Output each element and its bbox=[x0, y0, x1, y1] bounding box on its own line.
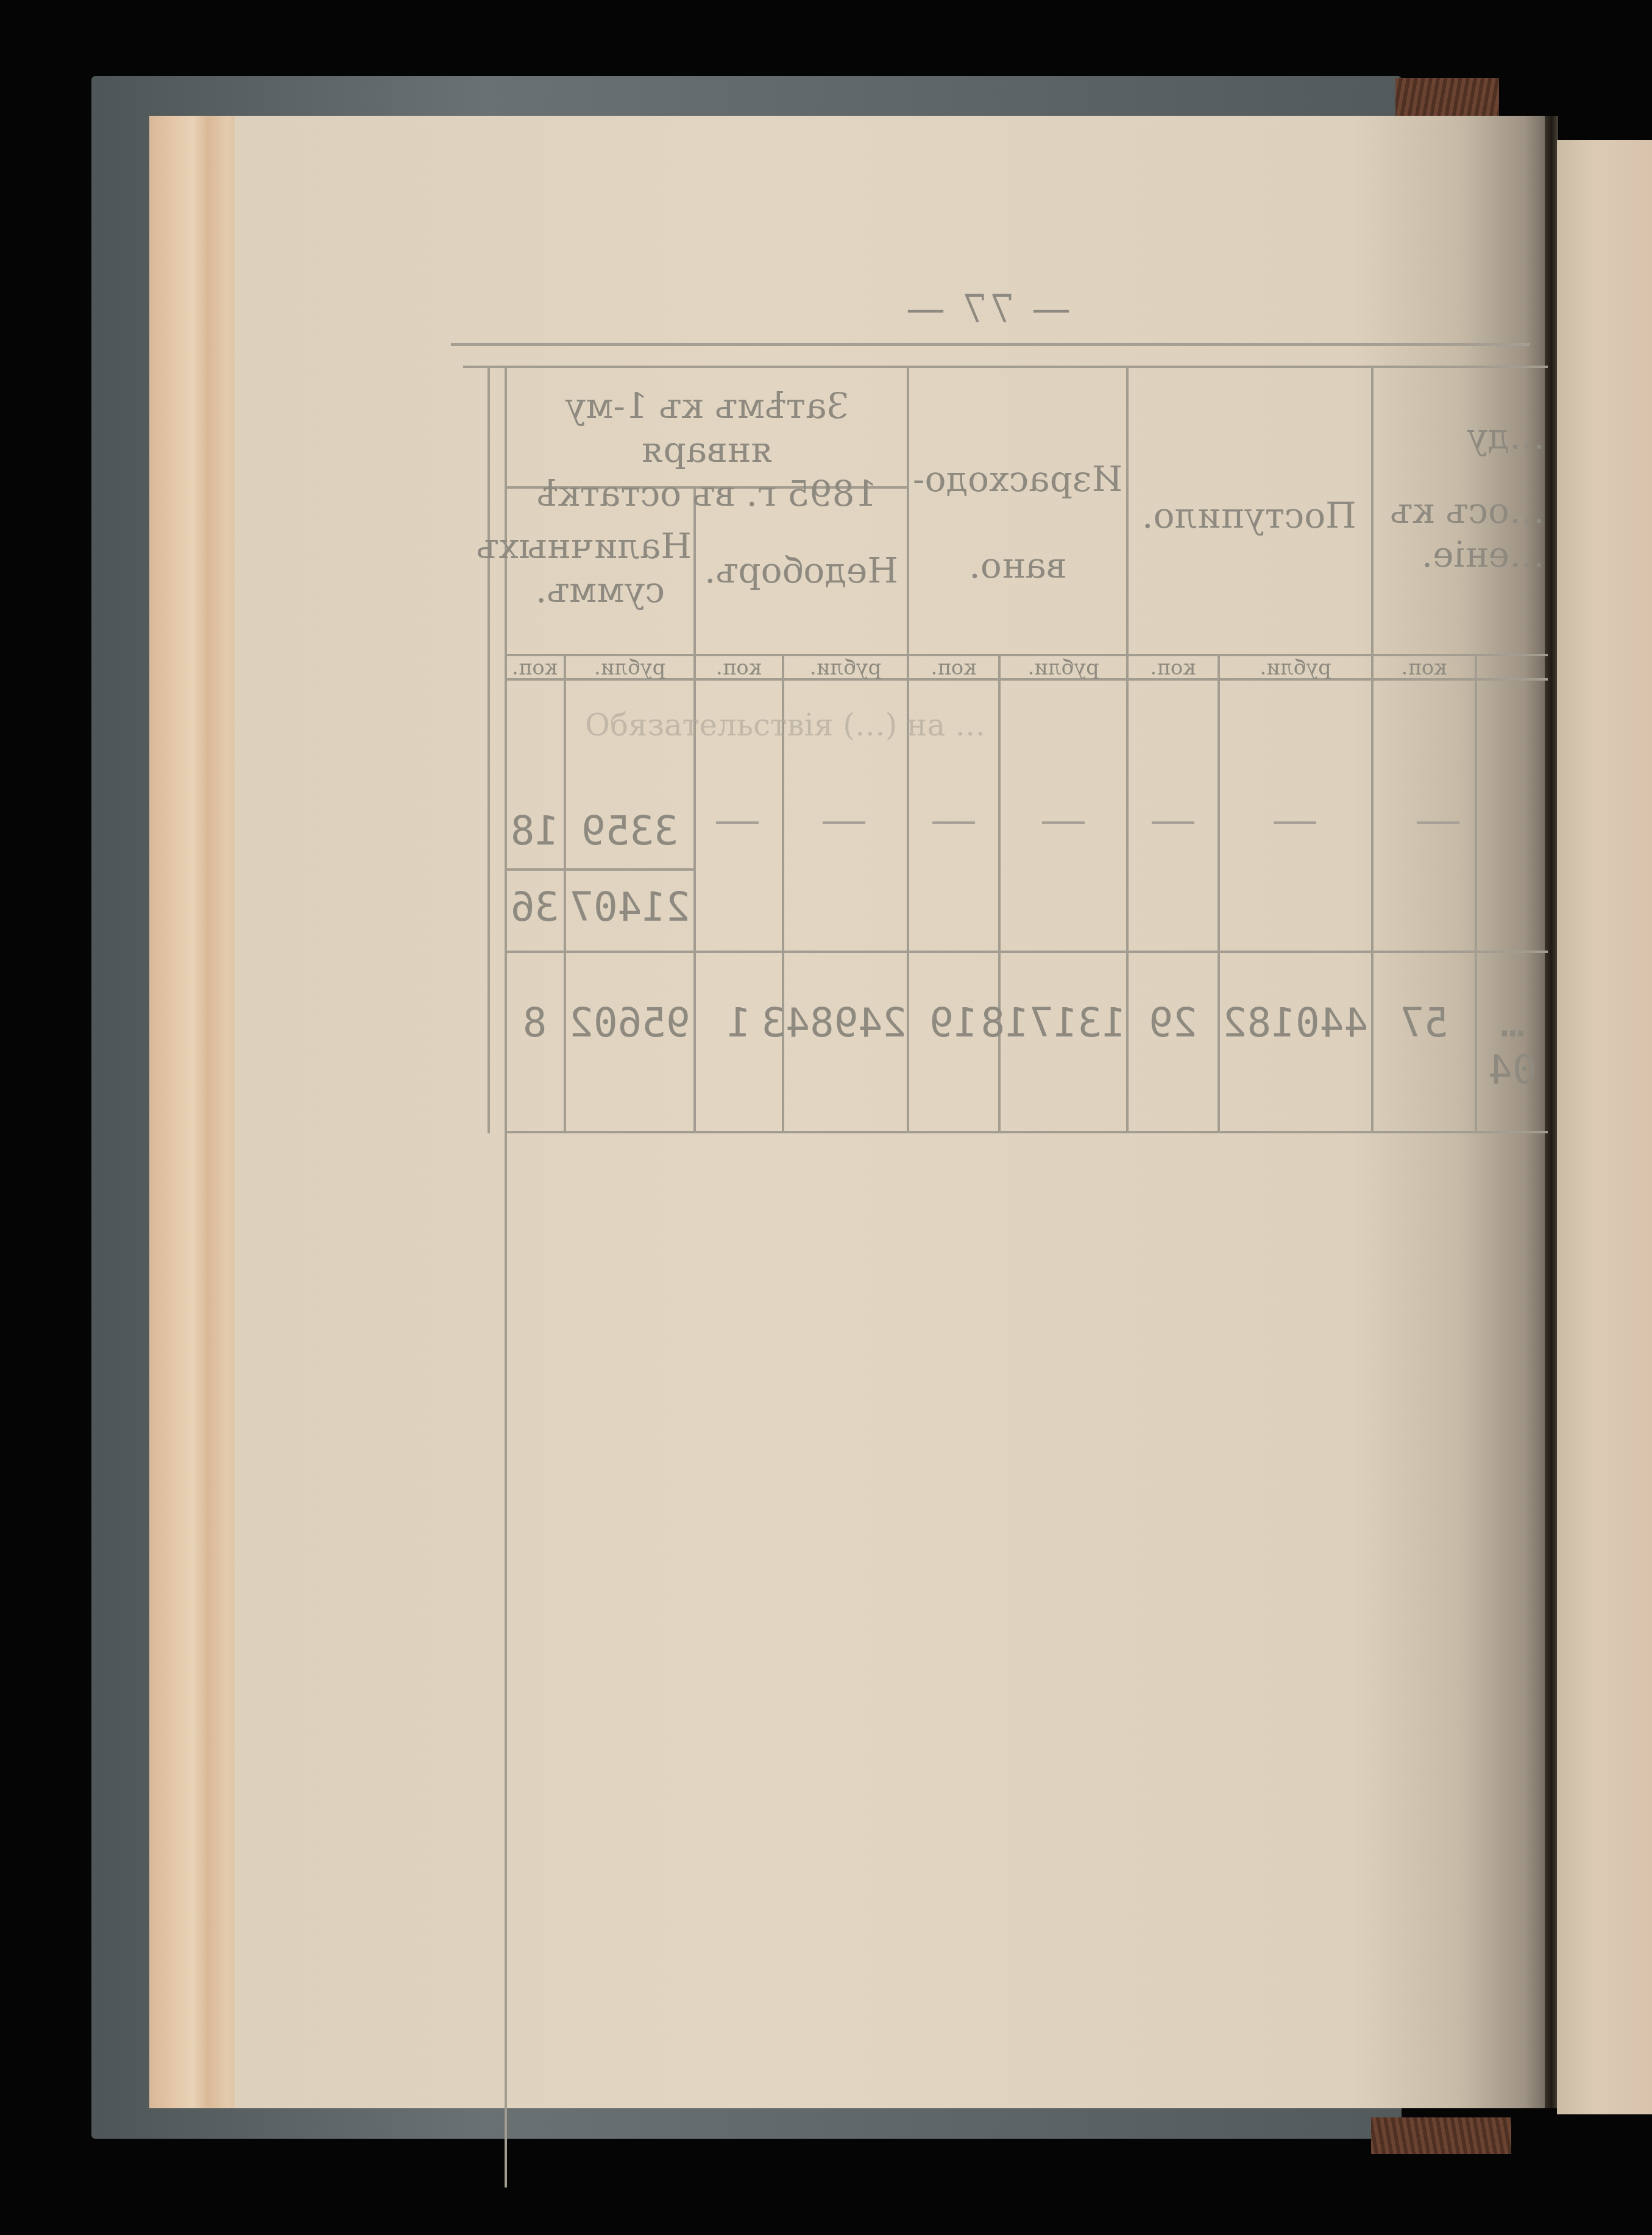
header-partial-line2: …осъ къ bbox=[1374, 489, 1545, 533]
dash bbox=[823, 821, 865, 824]
group-header: Затѣмъ къ 1-му января 1895 г. въ остаткѣ bbox=[509, 384, 905, 515]
header-received: Поступило. bbox=[1130, 494, 1368, 537]
bleed-table: Затѣмъ къ 1-му января 1895 г. въ остаткѣ… bbox=[0, 0, 1652, 2235]
group-header-line1: Затѣмъ къ 1-му января bbox=[509, 384, 905, 472]
dash bbox=[1274, 821, 1316, 824]
unit-kop: коп. bbox=[1129, 656, 1218, 680]
total-partial-kop: 57 bbox=[1374, 999, 1475, 1046]
dash bbox=[716, 821, 759, 824]
totals-rule bbox=[506, 951, 1548, 953]
total-arrears-rub: 249843 bbox=[784, 999, 907, 1046]
unit-rub: рубли. bbox=[1001, 656, 1126, 680]
unit-kop: коп. bbox=[909, 656, 998, 680]
cell-cash-kop: 18 bbox=[506, 807, 564, 854]
dash bbox=[932, 821, 975, 824]
unit-rub: рубли. bbox=[566, 656, 693, 680]
header-spent-line1: Израсходо- bbox=[911, 457, 1124, 501]
cell-cash-rub: 21407 bbox=[566, 884, 693, 930]
dash bbox=[1152, 821, 1194, 824]
row-rule bbox=[506, 868, 695, 871]
table-top-border bbox=[463, 366, 1548, 368]
unit-kop: коп. bbox=[696, 656, 782, 680]
group-header-line2: 1895 г. въ остаткѣ bbox=[509, 472, 905, 515]
total-received-rub: 440182 bbox=[1220, 999, 1371, 1046]
dash bbox=[1417, 821, 1459, 824]
unit-kop: коп. bbox=[1374, 656, 1475, 680]
header-cash: Наличныхъ суммъ. bbox=[509, 524, 692, 612]
header-spent-line2: вано. bbox=[911, 544, 1124, 587]
table-bottom-rule bbox=[506, 1131, 1548, 1133]
total-partial-rub: …04 bbox=[1477, 999, 1548, 1093]
unit-rub: рубли. bbox=[1220, 656, 1371, 680]
header-arrears: Недоборъ. bbox=[698, 548, 905, 592]
cell-cash-rub: 3359 bbox=[566, 807, 693, 854]
dash bbox=[1042, 821, 1085, 824]
unit-kop: коп. bbox=[506, 656, 564, 680]
total-cash-kop: 8 bbox=[506, 999, 564, 1046]
total-received-kop: 29 bbox=[1129, 999, 1218, 1046]
unit-rub: рубли. bbox=[784, 656, 907, 680]
total-cash-rub: 95602 bbox=[566, 999, 693, 1046]
total-spent-rub: 131718 bbox=[1001, 999, 1126, 1046]
header-partial-column: …ду …осъ къ …еніе. bbox=[1374, 414, 1545, 576]
faint-note: Обязательствія (…) на … bbox=[585, 707, 1377, 743]
table-left-border bbox=[505, 366, 507, 2187]
header-partial-line1: …ду bbox=[1374, 414, 1545, 458]
cell-cash-kop: 36 bbox=[506, 884, 564, 930]
header-partial-line3: …еніе. bbox=[1374, 533, 1545, 576]
header-spent: Израсходо- вано. bbox=[911, 457, 1124, 587]
table-left-double-border bbox=[487, 366, 490, 1133]
